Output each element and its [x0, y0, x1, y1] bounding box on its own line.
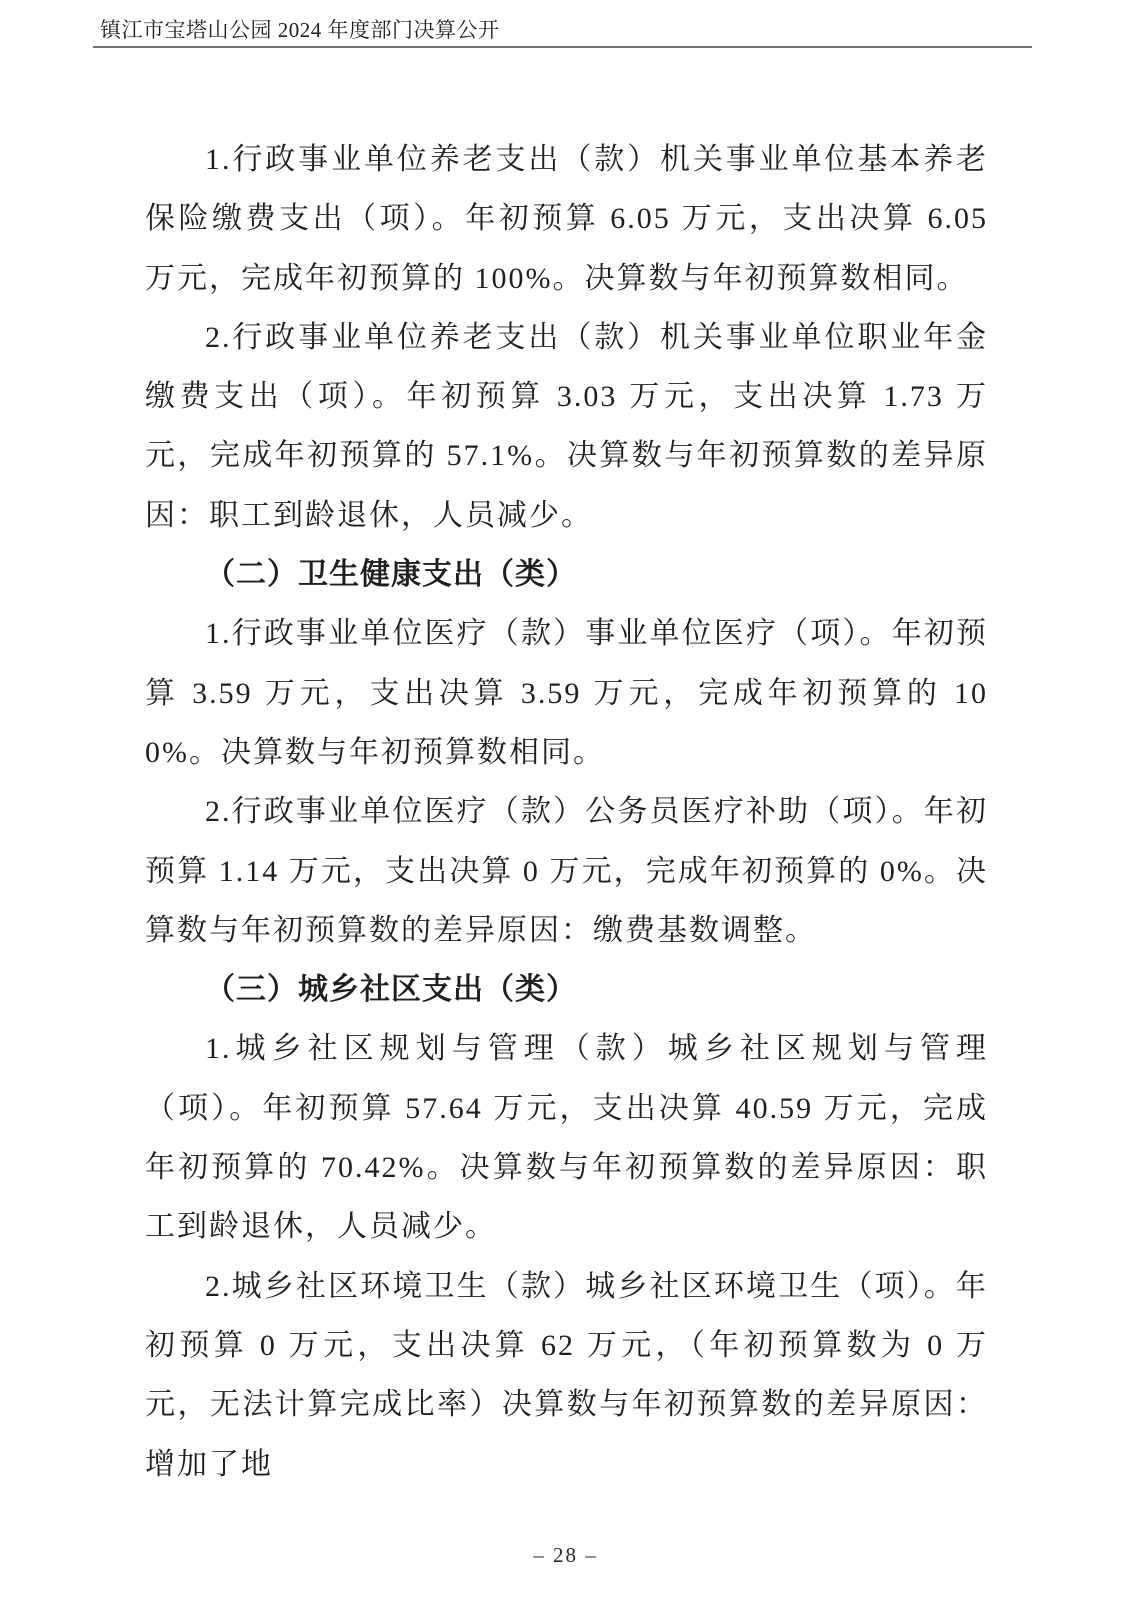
page-number: – 28 – — [533, 1543, 598, 1567]
document-body: 1.行政事业单位养老支出（款）机关事业单位基本养老保险缴费支出（项）。年初预算 … — [145, 130, 988, 1494]
paragraph-pension-basic: 1.行政事业单位养老支出（款）机关事业单位基本养老保险缴费支出（项）。年初预算 … — [145, 130, 988, 308]
header-title: 镇江市宝塔山公园 2024 年度部门决算公开 — [100, 18, 500, 42]
paragraph-medical-civil-servant: 2.行政事业单位医疗（款）公务员医疗补助（项）。年初预算 1.14 万元，支出决… — [145, 782, 988, 960]
document-footer: – 28 – — [0, 1543, 1131, 1568]
paragraph-community-sanitation: 2.城乡社区环境卫生（款）城乡社区环境卫生（项）。年初预算 0 万元，支出决算 … — [145, 1257, 988, 1494]
paragraph-medical-institution: 1.行政事业单位医疗（款）事业单位医疗（项）。年初预算 3.59 万元，支出决算… — [145, 604, 988, 782]
document-page: 镇江市宝塔山公园 2024 年度部门决算公开 1.行政事业单位养老支出（款）机关… — [0, 0, 1131, 1600]
document-header: 镇江市宝塔山公园 2024 年度部门决算公开 — [93, 18, 1032, 48]
section-heading-health: （二）卫生健康支出（类） — [145, 545, 988, 604]
paragraph-community-planning: 1.城乡社区规划与管理（款）城乡社区规划与管理（项）。年初预算 57.64 万元… — [145, 1019, 988, 1256]
paragraph-pension-annuity: 2.行政事业单位养老支出（款）机关事业单位职业年金缴费支出（项）。年初预算 3.… — [145, 308, 988, 545]
section-heading-community: （三）城乡社区支出（类） — [145, 960, 988, 1019]
